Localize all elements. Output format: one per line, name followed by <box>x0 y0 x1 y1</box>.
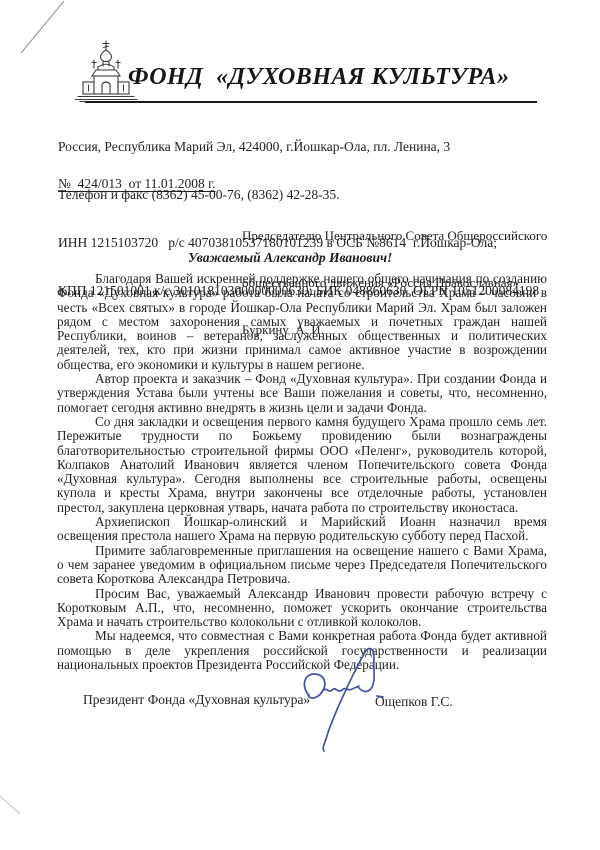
reference-number-line: № 424/013 от 11.01.2008 г. <box>58 176 216 192</box>
body-paragraph: Просим Вас, уважаемый Александр Иванович… <box>57 587 547 630</box>
scan-artifact-top-left <box>0 0 80 60</box>
body-paragraph: Архиепископ Йошкар-олинский и Марийский … <box>57 515 547 544</box>
body-paragraph: Со дня закладки и освещения первого камн… <box>57 415 547 515</box>
body-paragraph: Примите заблаговременные приглашения на … <box>57 544 547 587</box>
letterhead-address-line: Россия, Республика Марий Эл, 424000, г.Й… <box>58 139 558 155</box>
scanned-letter-page: ФОНД «ДУХОВНАЯ КУЛЬТУРА» Россия, Республ… <box>0 0 600 850</box>
handwritten-signature-icon <box>295 641 407 763</box>
salutation: Уважаемый Александр Иванович! <box>188 250 392 266</box>
letterhead-rule <box>85 101 537 103</box>
body-paragraph: Автор проекта и заказчик – Фонд «Духовна… <box>57 372 547 415</box>
signoff-position-title: Президент Фонда «Духовная культура» <box>83 692 310 708</box>
scan-artifact-bottom-left <box>0 788 40 828</box>
addressee-line: Председателю Центрального Совета Общерос… <box>242 228 562 244</box>
org-title: ФОНД «ДУХОВНАЯ КУЛЬТУРА» <box>128 64 548 91</box>
letter-body: Благодаря Вашей искренней поддержке наше… <box>57 272 547 672</box>
body-paragraph: Благодаря Вашей искренней поддержке наше… <box>57 272 547 372</box>
